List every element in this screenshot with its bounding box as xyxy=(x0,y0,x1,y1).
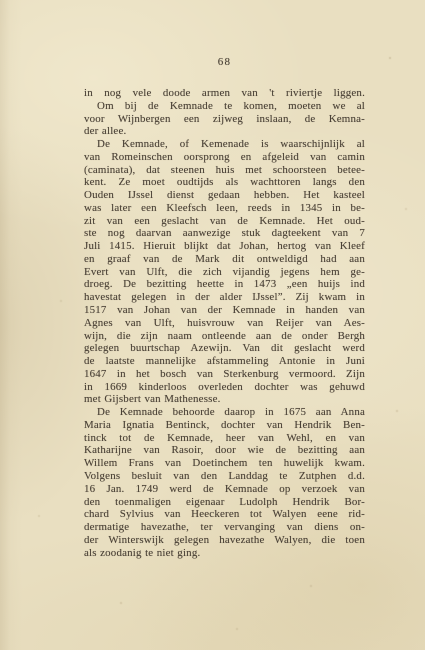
text-line: zit van een geslacht van de Kemnade. Het… xyxy=(84,215,365,228)
page-text: in nog vele doode armen van 't riviertje… xyxy=(84,87,365,559)
text-line: Volgens besluit van den Landdag te Zutph… xyxy=(84,470,365,483)
text-line: wijn, die zijn naam ontleende aan de ond… xyxy=(84,330,365,343)
text-line: Ouden IJssel dienst gedaan hebben. Het k… xyxy=(84,189,365,202)
text-line: droeg. De bezitting heette in 1473 „een … xyxy=(84,278,365,291)
text-line: met Gijsbert van Mathenesse. xyxy=(84,393,365,406)
text-line: als zoodanig te niet ging. xyxy=(84,547,365,560)
text-line: tinck tot de Kemnade, heer van Wehl, en … xyxy=(84,432,365,445)
text-line: Agnes van Ulft, huisvrouw van Reijer van… xyxy=(84,317,365,330)
text-line: de laatste mannelijke afstammeling Anton… xyxy=(84,355,365,368)
text-line: havestat gelegen in der alder IJssel”. Z… xyxy=(84,291,365,304)
text-line: in 1669 kinderloos overleden dochter was… xyxy=(84,381,365,394)
text-line: De Kemnade, of Kemenade is waarschijnlij… xyxy=(84,138,365,151)
text-line: gelegen buurtschap Azewijn. Van dit gesl… xyxy=(84,342,365,355)
text-line: De Kemnade behoorde daarop in 1675 aan A… xyxy=(84,406,365,419)
text-line: Om bij de Kemnade te komen, moeten we al xyxy=(84,100,365,113)
text-line: van Romeinschen oorsprong en afgeleid va… xyxy=(84,151,365,164)
text-line: Katharijne van Rasoir, door wie de bezit… xyxy=(84,444,365,457)
text-line: en graaf van de Mark dit ontweldigd had … xyxy=(84,253,365,266)
text-line: den toenmaligen eigenaar Ludolph Hendrik… xyxy=(84,496,365,509)
text-line: was later een Kleefsch leen, reeds in 13… xyxy=(84,202,365,215)
text-line: der Winterswijk gelegen havezathe Walyen… xyxy=(84,534,365,547)
text-line: 1647 in het bosch van Sterkenburg vermoo… xyxy=(84,368,365,381)
text-line: (caminata), dat steenen huis met schoors… xyxy=(84,164,365,177)
text-line: Willem Frans van Doetinchem ten huwelijk… xyxy=(84,457,365,470)
text-line: 16 Jan. 1749 werd de Kemnade op verzoek … xyxy=(84,483,365,496)
text-line: voor Wijnbergen een zijweg inslaan, de K… xyxy=(84,113,365,126)
page-number: 68 xyxy=(84,56,365,68)
page-content: 68 in nog vele doode armen van 't rivier… xyxy=(84,56,365,559)
text-line: Evert van Ulft, die zich vijandig jegens… xyxy=(84,266,365,279)
text-line: dermatige havezathe, ter vervanging van … xyxy=(84,521,365,534)
text-line: Juli 1415. Hieruit blijkt dat Johan, her… xyxy=(84,240,365,253)
text-line: 1517 van Johan van der Kemnade in handen… xyxy=(84,304,365,317)
book-page-scan: { "page": { "number": "68", "paper_color… xyxy=(0,0,425,650)
text-line: ste nog daarvan aanwezige stuk dagteeken… xyxy=(84,227,365,240)
text-line: kent. Ze moet oudtijds als wachttoren la… xyxy=(84,176,365,189)
text-line: der allee. xyxy=(84,125,365,138)
text-line: in nog vele doode armen van 't riviertje… xyxy=(84,87,365,100)
text-line: Maria Ignatia Bentinck, dochter van Hend… xyxy=(84,419,365,432)
text-line: chard Sylvius van Heeckeren tot Walyen e… xyxy=(84,508,365,521)
